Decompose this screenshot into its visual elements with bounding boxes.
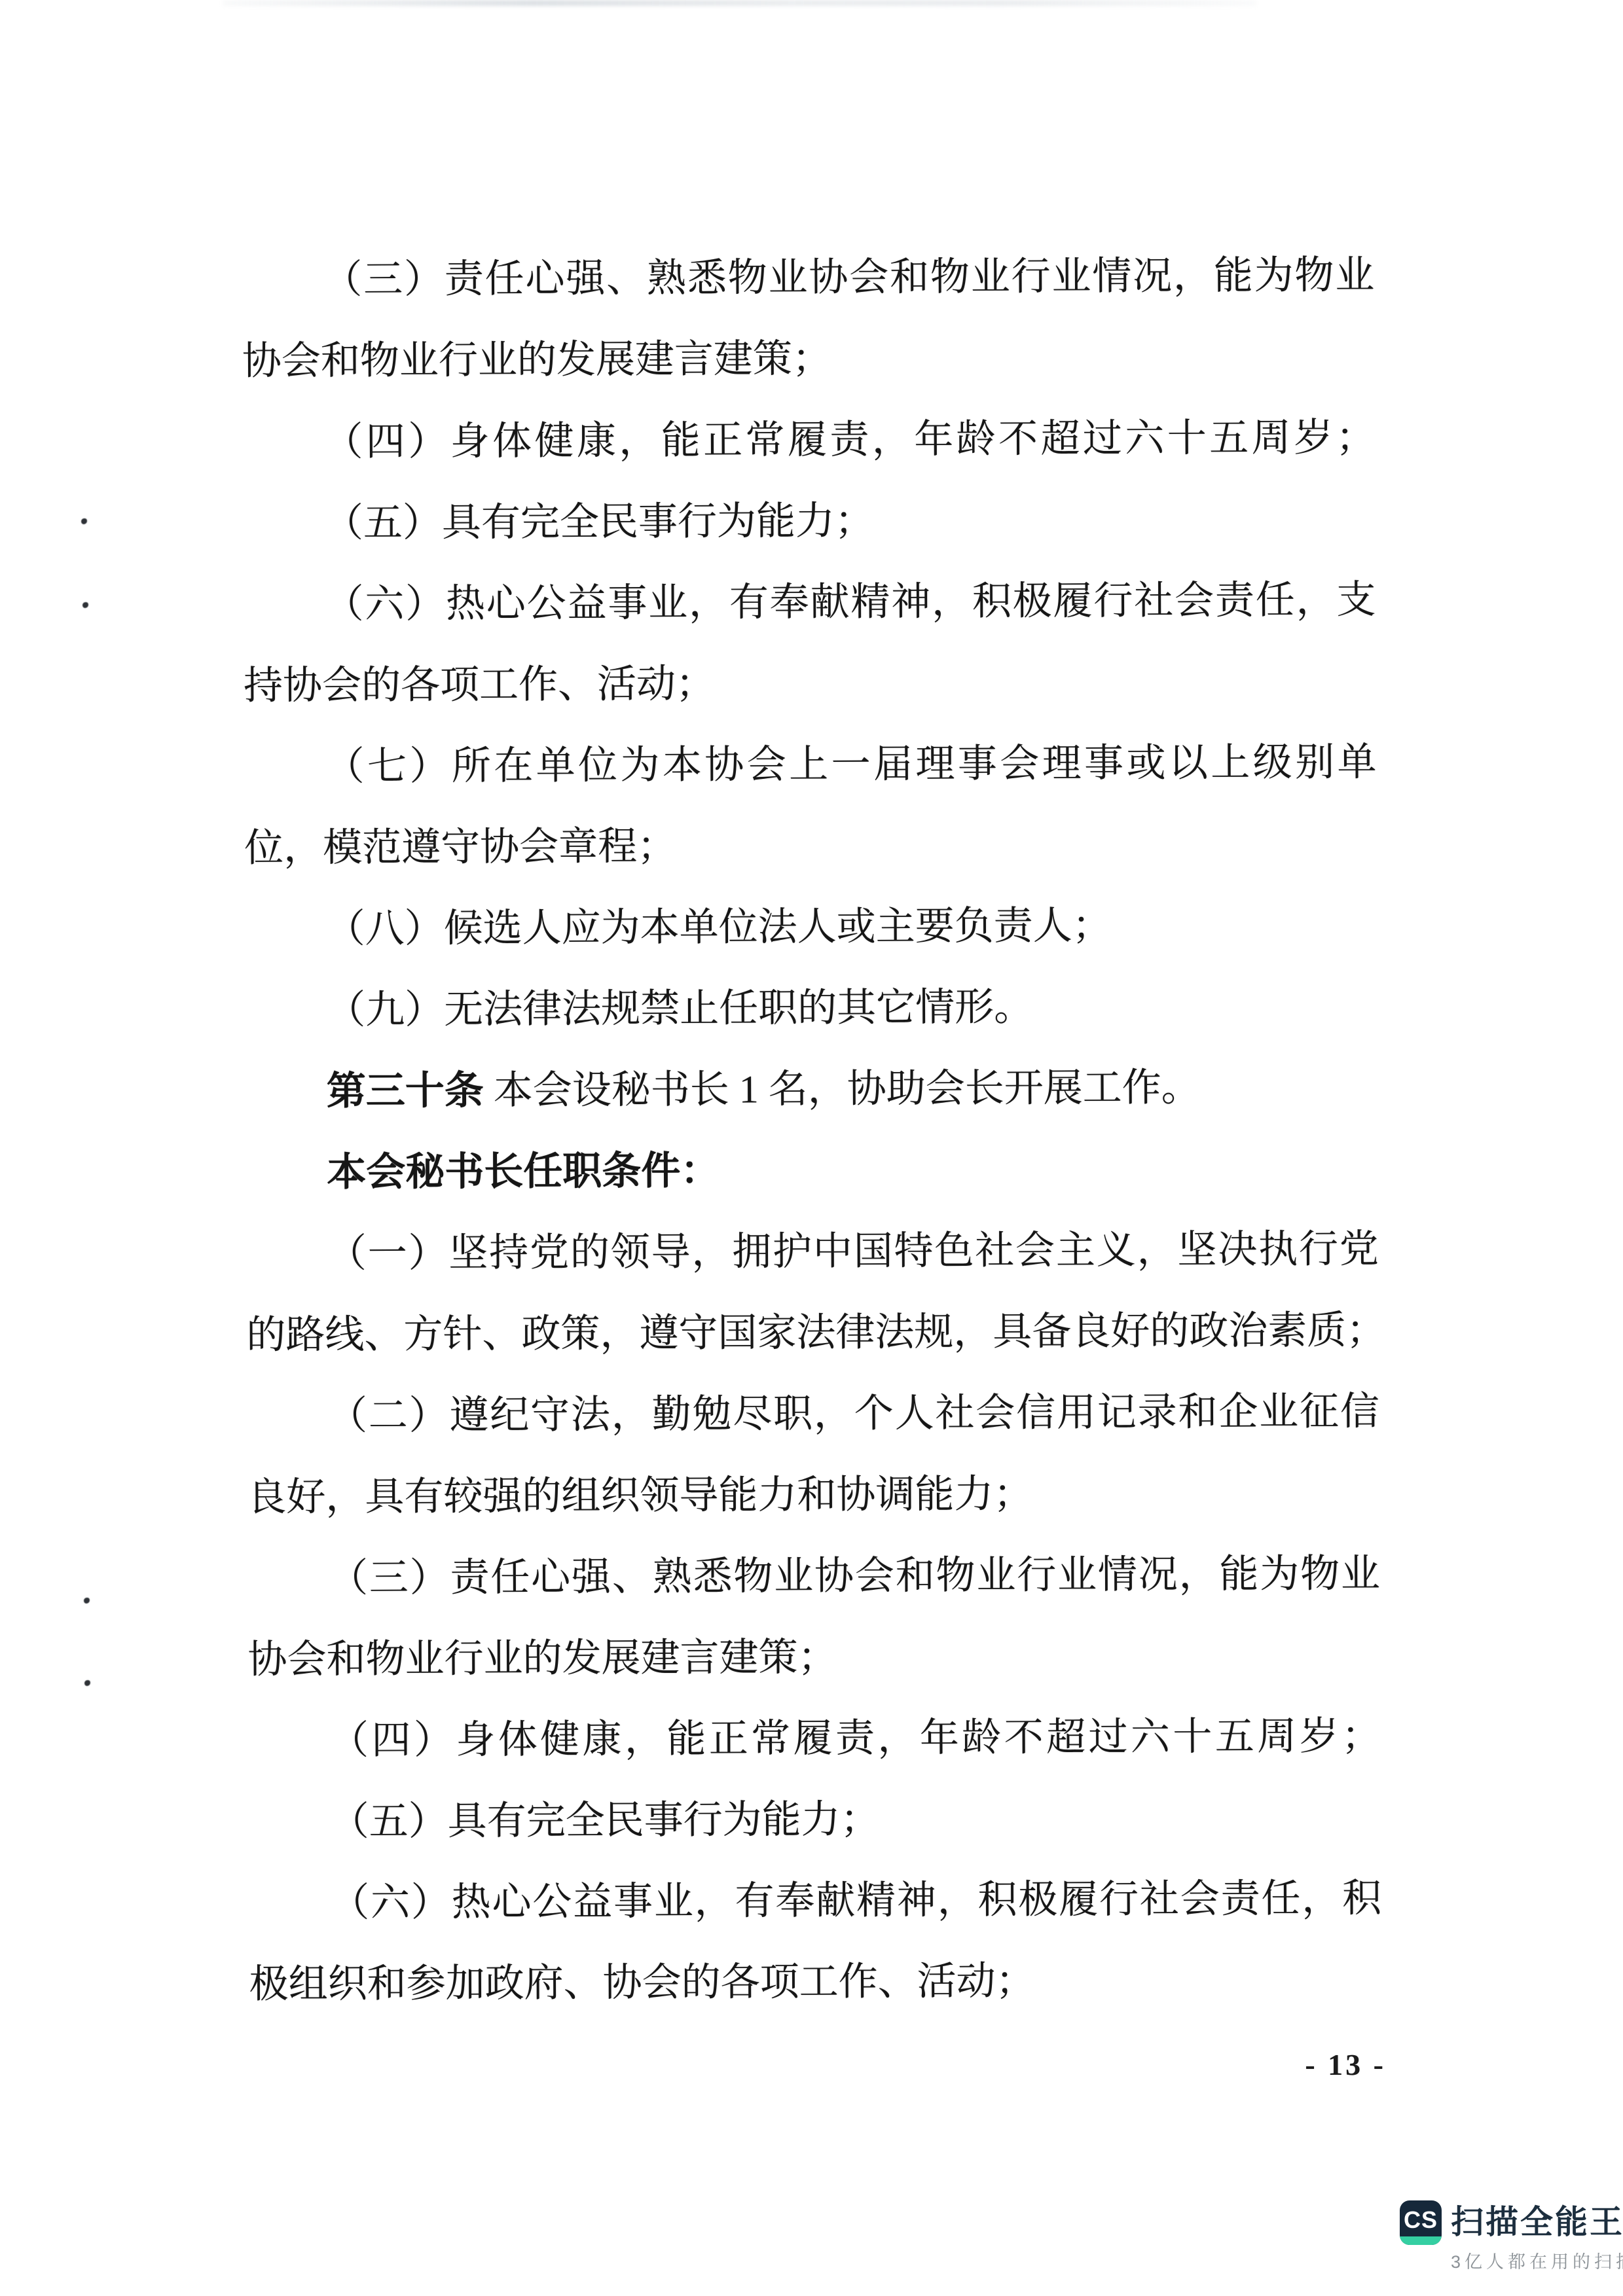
text-run: （七）所在单位为本协会上一届理事会理事或以上级别单 [325,740,1376,788]
brand-name: 扫描全能王 [1451,2200,1623,2244]
text-line: 协会和物业行业的发展建言建策； [247,1614,1381,1700]
scan-edge-artifact [223,0,1257,6]
text-line: 持协会的各项工作、活动； [244,640,1377,726]
text-line: （三）责任心强、熟悉物业协会和物业行业情况，能为物业 [242,234,1375,321]
text-run: 本会设秘书长 1 名，协助会长开展工作。 [484,1066,1201,1112]
text-line: （八）候选人应为本单位法人或主要负责人； [244,884,1377,970]
text-run: 协会和物业行业的发展建言建策； [247,1636,837,1681]
text-run: （五）具有完全民事行为能力； [324,499,874,545]
scan-speck [81,518,87,524]
text-line: 位，模范遵守协会章程； [244,802,1377,889]
text-run: （三）责任心强、熟悉物业协会和物业行业情况，能为物业 [329,1552,1380,1600]
cs-initials: CS [1400,2203,1442,2236]
text-run: 持协会的各项工作、活动； [244,662,715,708]
camscanner-app-icon: CS [1400,2200,1442,2245]
text-line: （六）热心公益事业，有奉献精神，积极履行社会责任，积 [249,1857,1382,1944]
text-run: （九）无法律法规禁止任职的其它情形。 [326,986,1033,1032]
text-run: （六）热心公益事业，有奉献精神，积极履行社会责任，积 [330,1876,1381,1924]
text-run: 位，模范遵守协会章程； [244,825,676,870]
text-run: （二）遵纪守法，勤勉尽职，个人社会信用记录和企业征信 [328,1390,1379,1437]
text-run: 的路线、方针、政策，遵守国家法律法规，具备良好的政治素质； [246,1308,1385,1357]
text-line: 极组织和参加政府、协会的各项工作、活动； [249,1939,1382,2025]
text-run: 协会和物业行业的发展建言建策； [242,337,831,383]
text-line: （六）热心公益事业，有奉献精神，积极履行社会责任，支 [243,559,1376,645]
document-lines: （三）责任心强、熟悉物业协会和物业行业情况，能为物业协会和物业行业的发展建言建策… [242,234,1382,2025]
text-run: （八）候选人应为本单位法人或主要负责人； [326,904,1112,950]
brand-tagline: 3亿人都在用的扫描App [1451,2248,1623,2273]
scan-speck [84,1680,90,1686]
text-run: （四）身体健康，能正常履责，年龄不超过六十五周岁； [323,416,1375,463]
text-line: 第三十条 本会设秘书长 1 名，协助会长开展工作。 [245,1046,1378,1132]
text-line: （五）具有完全民事行为能力； [248,1776,1381,1863]
text-line: 协会和物业行业的发展建言建策； [242,315,1376,402]
text-line: （四）身体健康，能正常履责，年龄不超过六十五周岁； [242,397,1376,483]
text-run: （一）坚持党的领导，拥护中国特色社会主义，坚决执行党 [327,1227,1379,1275]
text-line: 本会秘书长任职条件： [246,1127,1379,1213]
text-line: （一）坚持党的领导，拥护中国特色社会主义，坚决执行党 [246,1208,1379,1295]
text-line: （九）无法律法规禁止任职的其它情形。 [245,965,1378,1051]
scanned-document-page: （三）责任心强、熟悉物业协会和物业行业情况，能为物业协会和物业行业的发展建言建策… [0,0,1623,2296]
scan-speck [82,602,88,608]
text-line: （五）具有完全民事行为能力； [243,478,1376,564]
bold-run: 本会秘书长任职条件： [327,1149,720,1194]
text-run: （四）身体健康，能正常履责，年龄不超过六十五周岁； [329,1714,1381,1762]
text-line: （七）所在单位为本协会上一届理事会理事或以上级别单 [244,721,1377,808]
text-run: 极组织和参加政府、协会的各项工作、活动； [249,1960,1035,2006]
bold-run: 第三十条 [327,1069,484,1113]
text-run: （三）责任心强、熟悉物业协会和物业行业情况，能为物业 [323,253,1374,301]
text-line: （四）身体健康，能正常履责，年龄不超过六十五周岁； [248,1695,1381,1782]
text-run: 良好，具有较强的组织领导能力和协调能力； [247,1473,1032,1519]
text-line: 良好，具有较强的组织领导能力和协调能力； [247,1452,1380,1538]
camscanner-watermark: CS 扫描全能王 TM 3亿人都在用的扫描App [1400,2200,1623,2273]
text-run: （六）热心公益事业，有奉献精神，积极履行社会责任，支 [324,578,1376,626]
text-line: （三）责任心强、熟悉物业协会和物业行业情况，能为物业 [247,1533,1381,1619]
scan-speck [84,1598,90,1604]
text-line: （二）遵纪守法，勤勉尽职，个人社会信用记录和企业征信 [247,1371,1380,1457]
text-line: 的路线、方针、政策，遵守国家法律法规，具备良好的政治素质； [246,1289,1379,1376]
icon-accent-bar [1400,2236,1442,2245]
page-number: - 13 - [1305,2047,1386,2082]
text-run: （五）具有完全民事行为能力； [329,1798,879,1844]
